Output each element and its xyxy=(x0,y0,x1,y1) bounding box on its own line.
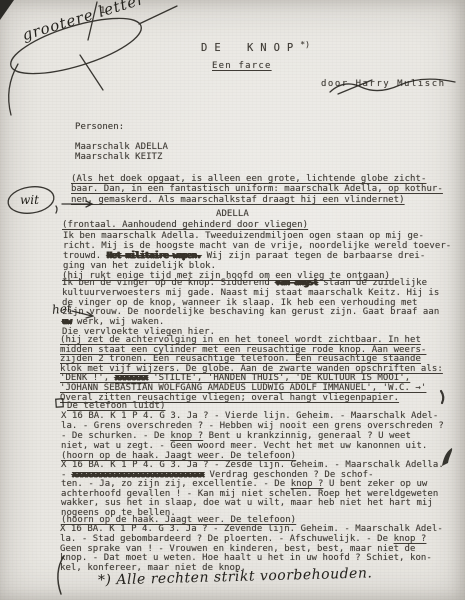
annotation-bigger-letters: grootere letter xyxy=(20,0,147,44)
monologue-2-text-c: werk, wij waken. Die vervloekte vliegen … xyxy=(62,317,215,337)
struck-text: Het militaire wapen. xyxy=(107,251,201,261)
margin-note-wit: wit xyxy=(20,193,39,207)
title-text: DE KNOP xyxy=(201,42,300,54)
monologue-1: Ik ben maarschalk Adella. Tweeduizendmil… xyxy=(63,231,465,271)
play-subtitle: Een farce xyxy=(212,61,272,71)
pen-line-upper-right xyxy=(139,6,177,24)
direction-frontaal: (frontaal. Aanhoudend gehinderd door vli… xyxy=(62,220,465,230)
struck-text: van angst xyxy=(275,278,317,288)
underlined-knop: knop ? xyxy=(291,479,324,489)
pen-comma xyxy=(56,206,57,213)
underlined-knop: knop ? xyxy=(170,431,203,441)
byline: door Harry Mulisch xyxy=(321,79,446,89)
struck-text: xxxxxxx xyxy=(115,373,148,383)
monologue-2: Ik ben de vinger op de knop. Sidderend v… xyxy=(62,279,465,338)
dialogue-7-text-a: X 16 BA. K 1 P 4. G 3. Ja ? - Zevende li… xyxy=(60,524,443,544)
direction-phone-rings: De telefoon luidt) xyxy=(67,401,165,411)
page-title: DE KNOP*) xyxy=(201,40,310,54)
dialogue-seventh-line: X 16 BA. K 1 P 4. G 3. Ja ? - Zevende li… xyxy=(60,525,465,574)
typescript-page: 1 DE KNOP*) Een farce door Harry Mulisch… xyxy=(0,0,465,600)
cast-heading: Personen: xyxy=(75,122,465,132)
monologue-2-text-a: Ik ben de vinger op de knop. Sidderend xyxy=(62,278,275,288)
scan-corner-shadow xyxy=(0,0,14,20)
stage-direction-scene: (hij zet de achtervolging in en het tone… xyxy=(60,336,465,403)
margin-note-het: het xyxy=(51,301,72,317)
pen-line-tail xyxy=(9,64,18,115)
dialogue-fourth-line: X 16 BA. K 1 P 4. G 3. Ja ? - Vierde lij… xyxy=(61,411,465,451)
dialogue-sixth-line: X 16 BA. K 1 P 4. G 3. Ja ? - Zesde lijn… xyxy=(61,461,465,519)
stage-direction-opening: (Als het doek opgaat, is alleen een grot… xyxy=(71,174,465,205)
underlined-knop: knop ? xyxy=(394,534,427,544)
cast-list: Maarschalk ADELLA Maarschalk KEITZ xyxy=(75,142,465,162)
pen-line-lower xyxy=(80,55,103,90)
speaker-adella: ADELLA xyxy=(216,209,249,219)
title-footnote-marker: *) xyxy=(300,40,310,49)
